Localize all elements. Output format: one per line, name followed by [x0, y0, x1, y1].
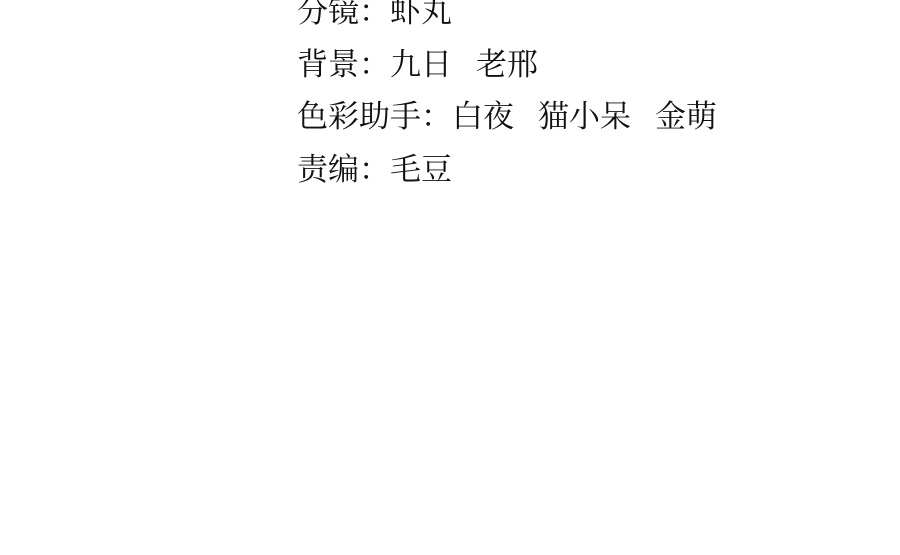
name-list: 九日 老邢	[390, 39, 538, 92]
credit-background: 背景： 九日 老邢	[297, 39, 717, 92]
credit-name: 猫小呆	[538, 91, 631, 144]
name-list: 虾丸	[390, 0, 452, 39]
credit-name: 九日	[390, 39, 452, 92]
credit-name: 白夜	[452, 91, 514, 144]
role-separator: ：	[359, 0, 390, 39]
credit-name: 毛豆	[390, 144, 452, 197]
credit-name: 老邢	[476, 39, 538, 92]
name-list: 毛豆	[390, 144, 452, 197]
credit-color-assistant: 色彩助手： 白夜 猫小呆 金萌	[297, 91, 717, 144]
name-list: 白夜 猫小呆 金萌	[452, 91, 717, 144]
role-separator: ：	[421, 91, 452, 144]
role-label: 责编	[297, 144, 359, 197]
role-label: 色彩助手	[297, 91, 421, 144]
page: { "credits": [ { "role": "分镜", "separato…	[0, 0, 900, 555]
credit-storyboard: 分镜： 虾丸	[297, 0, 717, 39]
role-separator: ：	[359, 39, 390, 92]
credit-editor: 责编： 毛豆	[297, 144, 717, 197]
credit-name: 金萌	[655, 91, 717, 144]
credit-name: 虾丸	[390, 0, 452, 39]
credits-list: 分镜： 虾丸 背景： 九日 老邢 色彩助手： 白夜 猫小呆 金萌 责编： 毛豆	[297, 0, 717, 196]
role-label: 分镜	[297, 0, 359, 39]
role-separator: ：	[359, 144, 390, 197]
role-label: 背景	[297, 39, 359, 92]
